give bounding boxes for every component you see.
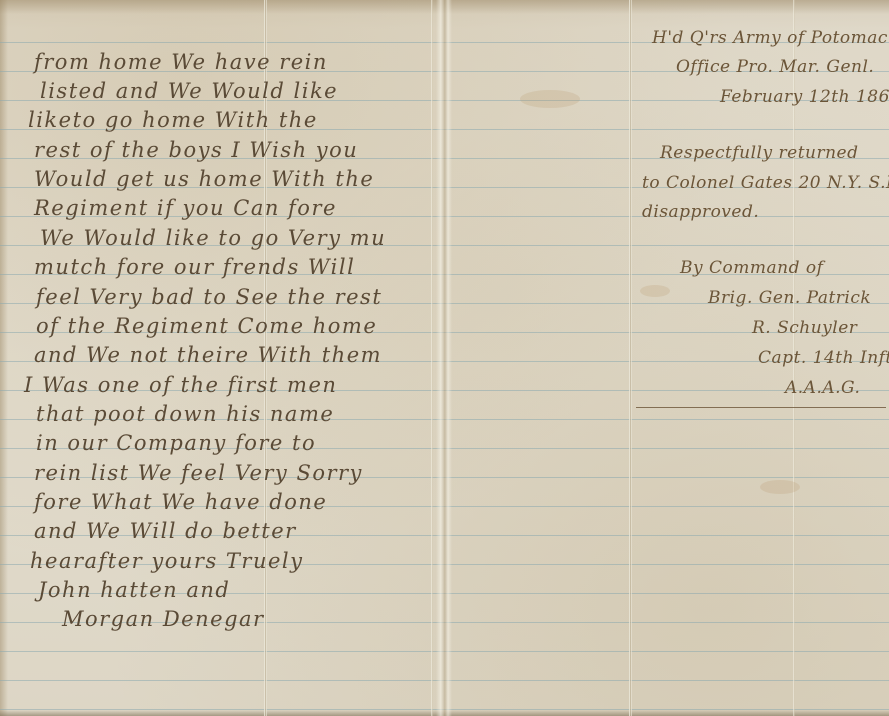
struck-word: mu	[350, 226, 386, 250]
letter-line: listed and We Would like	[40, 81, 338, 102]
endorsement-header: H'd Q'rs Army of Potomac	[652, 30, 888, 47]
letter-line: of the Regiment Come home	[36, 316, 377, 337]
endorsement-signature: Brig. Gen. Patrick	[708, 290, 871, 307]
paper-stain	[520, 90, 580, 108]
letter-sheet: from home We have rein listed and We Wou…	[0, 0, 889, 716]
endorsement-rule	[636, 407, 886, 408]
struck-word: like	[294, 79, 339, 103]
endorsement-signature: R. Schuyler	[752, 320, 857, 337]
letter-signature: John hatten and	[38, 580, 230, 601]
endorsement-date: February 12th 1864.	[720, 89, 889, 106]
endorsement-signature: A.A.A.G.	[785, 380, 860, 397]
letter-line: We Would like to go Very mu	[40, 228, 386, 249]
letter-line: and We not theire With them	[34, 345, 382, 366]
endorsement-body: disapproved.	[642, 204, 759, 221]
letter-line: Regiment if you Can fore	[34, 198, 337, 219]
endorsement-signature: Capt. 14th Infty	[758, 350, 889, 367]
paper-stain	[640, 285, 670, 297]
letter-line: that poot down his name	[36, 404, 334, 425]
letter-line: liketo go home With the	[28, 110, 318, 131]
endorsement-signature: By Command of	[680, 260, 823, 277]
letter-line: feel Very bad to See the rest	[36, 287, 382, 308]
endorsement-header: Office Pro. Mar. Genl.	[676, 59, 874, 76]
letter-signature: Morgan Denegar	[62, 609, 265, 630]
letter-line-text: We Would like to go Very	[40, 226, 341, 250]
letter-line-text: listed and We Would	[40, 79, 285, 103]
letter-line: in our Company fore to	[36, 433, 316, 454]
letter-line: Would get us home With the	[34, 169, 374, 190]
fold-crease	[629, 0, 632, 716]
letter-line: hearafter yours Truely	[30, 551, 304, 572]
letter-line: I Was one of the first men	[24, 375, 337, 396]
letter-line: rein list We feel Very Sorry	[34, 463, 363, 484]
letter-body: from home We have rein listed and We Wou…	[0, 0, 445, 716]
letter-line: rest of the boys I Wish you	[34, 140, 358, 161]
endorsement-body: Respectfully returned	[660, 145, 859, 162]
endorsement-body: to Colonel Gates 20 N.Y. S.M.	[642, 175, 889, 192]
letter-line: fore What We have done	[34, 492, 327, 513]
letter-line: mutch fore our frends Will	[34, 257, 355, 278]
paper-stain	[760, 480, 800, 494]
letter-line: from home We have rein	[34, 52, 328, 73]
letter-line: and We Will do better	[34, 521, 297, 542]
